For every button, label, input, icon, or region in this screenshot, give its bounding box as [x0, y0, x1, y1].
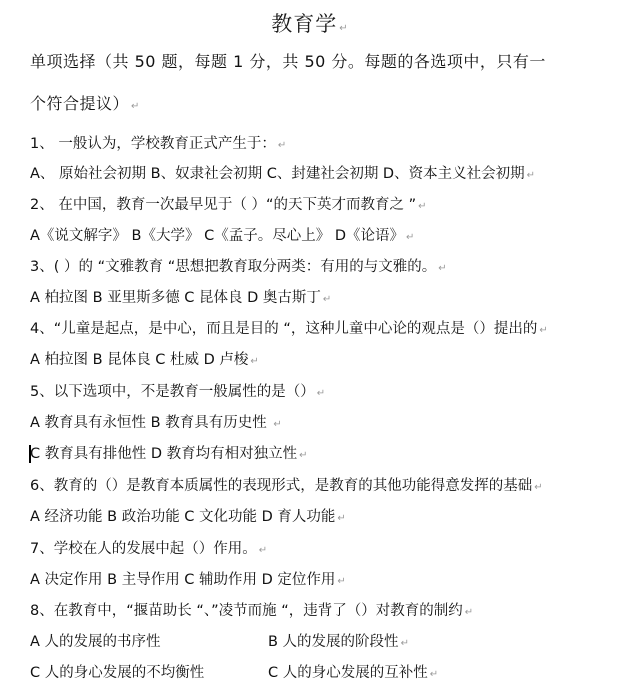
question-1-options: A、 原始社会初期 B、奴隶社会初期 C、封建社会初期 D、资本主义社会初期↵: [30, 164, 535, 186]
options-text: A 柏拉图 B 亚里斯多德 C 昆体良 D 奥古斯丁: [30, 290, 321, 306]
question-text: 6、教育的（）是教育本质属性的表现形式，是教育的其他功能得意发挥的基础: [30, 478, 532, 494]
question-4-options: A 柏拉图 B 昆体良 C 杜威 D 卢梭↵: [30, 350, 259, 372]
paragraph-mark-icon: ↵: [337, 513, 345, 524]
paragraph-mark-icon: ↵: [465, 607, 473, 618]
question-4-stem: 4、“儿童是起点，是中心，而且是目的 “，这种儿童中心论的观点是（）提出的↵: [30, 319, 548, 341]
options-text: A 经济功能 B 政治功能 C 文化功能 D 育人功能: [30, 509, 335, 525]
paragraph-mark-icon: ↵: [401, 638, 409, 649]
options-text: A 教育具有永恒性 B 教育具有历史性: [30, 415, 271, 431]
question-text: 8、在教育中，“揠苗助长 “、”凌节而施 “，违背了（）对教育的制约: [30, 603, 463, 619]
question-1-stem: 1、 一般认为，学校教育正式产生于：↵: [30, 134, 286, 156]
paragraph-mark-icon: ↵: [418, 201, 426, 212]
options-text: C 教育具有排他性 D 教育均有相对独立性: [30, 446, 297, 462]
intro-text-2: 个符合提议）: [30, 94, 129, 113]
question-6-options: A 经济功能 B 政治功能 C 文化功能 D 育人功能↵: [30, 507, 346, 529]
option-text: A 人的发展的书序性: [30, 634, 161, 650]
paragraph-mark-icon: ↵: [250, 356, 258, 367]
paragraph-mark-icon: ↵: [317, 388, 325, 399]
question-text: 4、“儿童是起点，是中心，而且是目的 “，这种儿童中心论的观点是（）提出的: [30, 321, 537, 337]
title-text: 教育学: [271, 12, 337, 36]
question-text: 7、学校在人的发展中起（）作用。: [30, 541, 257, 557]
options-text: A 决定作用 B 主导作用 C 辅助作用 D 定位作用: [30, 572, 335, 588]
option-text: C 人的身心发展的互补性: [268, 665, 428, 681]
question-3-options: A 柏拉图 B 亚里斯多德 C 昆体良 D 奥古斯丁↵: [30, 288, 331, 310]
intro-line-2: 个符合提议）↵: [30, 94, 140, 117]
question-2-stem: 2、 在中国，教育一次最早见于（ ）“的天下英才而教育之 ”↵: [30, 195, 426, 217]
option-text: B 人的发展的阶段性: [268, 634, 399, 650]
question-text: 1、 一般认为，学校教育正式产生于：: [30, 136, 276, 152]
question-6-stem: 6、教育的（）是教育本质属性的表现形式，是教育的其他功能得意发挥的基础↵: [30, 476, 543, 498]
paragraph-mark-icon: ↵: [534, 482, 542, 493]
question-5-options-2[interactable]: C 教育具有排他性 D 教育均有相对独立性↵: [30, 444, 308, 466]
intro-line-1: 单项选择（共 50 题，每题 1 分，共 50 分。每题的各选项中，只有一: [30, 52, 546, 72]
question-8-option-b: B 人的发展的阶段性↵: [268, 632, 409, 654]
paragraph-mark-icon: ↵: [339, 23, 348, 34]
paragraph-mark-icon: ↵: [539, 325, 547, 336]
paragraph-mark-icon: ↵: [273, 419, 281, 430]
paragraph-mark-icon: ↵: [337, 576, 345, 587]
options-text: A 柏拉图 B 昆体良 C 杜威 D 卢梭: [30, 352, 248, 368]
options-text: A、 原始社会初期 B、奴隶社会初期 C、封建社会初期 D、资本主义社会初期: [30, 166, 525, 182]
question-5-stem: 5、以下选项中，不是教育一般属性的是（）↵: [30, 382, 325, 404]
paragraph-mark-icon: ↵: [323, 294, 331, 305]
paragraph-mark-icon: ↵: [438, 263, 446, 274]
question-8-option-d: C 人的身心发展的互补性↵: [268, 663, 438, 685]
question-8-stem: 8、在教育中，“揠苗助长 “、”凌节而施 “，违背了（）对教育的制约↵: [30, 601, 473, 623]
question-text: 3、( ）的 “文雅教育 “思想把教育取分两类：有用的与文雅的。: [30, 259, 436, 275]
question-8-option-a: A 人的发展的书序性: [30, 632, 161, 652]
paragraph-mark-icon: ↵: [527, 170, 535, 181]
paragraph-mark-icon: ↵: [131, 101, 140, 112]
question-7-options: A 决定作用 B 主导作用 C 辅助作用 D 定位作用↵: [30, 570, 346, 592]
paragraph-mark-icon: ↵: [430, 669, 438, 680]
option-text: C 人的身心发展的不均衡性: [30, 665, 204, 681]
options-text: A《说文解字》 B《大学》 C《孟子。尽心上》 D《论语》: [30, 228, 404, 244]
question-text: 2、 在中国，教育一次最早见于（ ）“的天下英才而教育之 ”: [30, 197, 416, 213]
paragraph-mark-icon: ↵: [299, 450, 307, 461]
paragraph-mark-icon: ↵: [259, 545, 267, 556]
paragraph-mark-icon: ↵: [406, 232, 414, 243]
question-text: 5、以下选项中，不是教育一般属性的是（）: [30, 384, 315, 400]
question-2-options: A《说文解字》 B《大学》 C《孟子。尽心上》 D《论语》↵: [30, 226, 414, 248]
question-8-option-c: C 人的身心发展的不均衡性: [30, 663, 204, 683]
question-3-stem: 3、( ）的 “文雅教育 “思想把教育取分两类：有用的与文雅的。↵: [30, 257, 447, 279]
document-page: 教育学↵ 单项选择（共 50 题，每题 1 分，共 50 分。每题的各选项中，只…: [0, 0, 620, 688]
question-5-options-1: A 教育具有永恒性 B 教育具有历史性 ↵: [30, 413, 282, 435]
intro-text-1: 单项选择（共 50 题，每题 1 分，共 50 分。每题的各选项中，只有一: [30, 52, 546, 71]
paragraph-mark-icon: ↵: [278, 140, 286, 151]
question-7-stem: 7、学校在人的发展中起（）作用。↵: [30, 539, 267, 561]
document-title: 教育学↵: [0, 8, 620, 38]
